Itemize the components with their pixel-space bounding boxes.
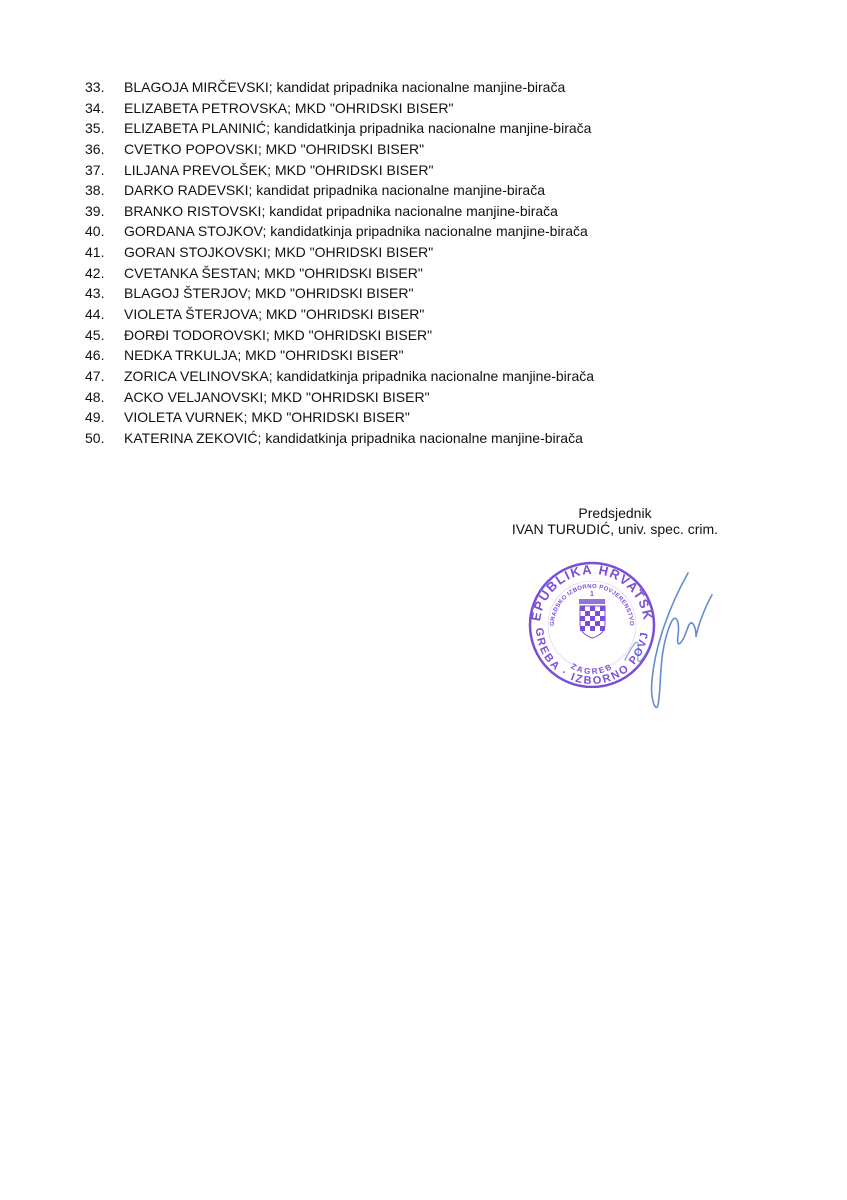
item-number: 47. bbox=[85, 366, 115, 387]
candidate-entry: BLAGOJA MIRČEVSKI; kandidat pripadnika n… bbox=[124, 77, 565, 98]
item-number: 48. bbox=[85, 387, 115, 408]
candidate-entry: CVETKO POPOVSKI; MKD "OHRIDSKI BISER" bbox=[124, 139, 424, 160]
candidate-entry: BLAGOJ ŠTERJOV; MKD "OHRIDSKI BISER" bbox=[124, 283, 413, 304]
item-number: 45. bbox=[85, 325, 115, 346]
item-number: 37. bbox=[85, 160, 115, 181]
candidate-entry: CVETANKA ŠESTAN; MKD "OHRIDSKI BISER" bbox=[124, 263, 423, 284]
signatory-role: Predsjednik bbox=[500, 505, 730, 521]
item-number: 46. bbox=[85, 345, 115, 366]
item-number: 44. bbox=[85, 304, 115, 325]
candidate-entry: NEDKA TRKULJA; MKD "OHRIDSKI BISER" bbox=[124, 345, 404, 366]
item-number: 40. bbox=[85, 221, 115, 242]
item-number: 36. bbox=[85, 139, 115, 160]
item-number: 38. bbox=[85, 180, 115, 201]
item-number: 50. bbox=[85, 428, 115, 449]
candidate-entry: GORAN STOJKOVSKI; MKD "OHRIDSKI BISER" bbox=[124, 242, 433, 263]
candidate-entry: VIOLETA VURNEK; MKD "OHRIDSKI BISER" bbox=[124, 407, 410, 428]
candidate-entry: ZORICA VELINOVSKA; kandidatkinja pripadn… bbox=[124, 366, 594, 387]
item-number: 39. bbox=[85, 201, 115, 222]
candidate-entry: BRANKO RISTOVSKI; kandidat pripadnika na… bbox=[124, 201, 558, 222]
candidate-entry: ELIZABETA PLANINIĆ; kandidatkinja pripad… bbox=[124, 118, 591, 139]
item-number: 35. bbox=[85, 118, 115, 139]
item-number: 43. bbox=[85, 283, 115, 304]
candidate-entry: KATERINA ZEKOVIĆ; kandidatkinja pripadni… bbox=[124, 428, 583, 449]
item-number: 49. bbox=[85, 407, 115, 428]
candidate-entry: VIOLETA ŠTERJOVA; MKD "OHRIDSKI BISER" bbox=[124, 304, 424, 325]
item-number: 34. bbox=[85, 98, 115, 119]
svg-text:1: 1 bbox=[590, 591, 594, 598]
signatory-name: IVAN TURUDIĆ, univ. spec. crim. bbox=[500, 521, 730, 537]
signature-block: Predsjednik IVAN TURUDIĆ, univ. spec. cr… bbox=[500, 505, 730, 537]
candidate-entry: ELIZABETA PETROVSKA; MKD "OHRIDSKI BISER… bbox=[124, 98, 453, 119]
item-number: 42. bbox=[85, 263, 115, 284]
candidate-entry: GORDANA STOJKOV; kandidatkinja pripadnik… bbox=[124, 221, 588, 242]
handwritten-signature-icon bbox=[600, 565, 730, 715]
candidate-entry: ĐORĐI TODOROVSKI; MKD "OHRIDSKI BISER" bbox=[124, 325, 432, 346]
candidate-entry: LILJANA PREVOLŠEK; MKD "OHRIDSKI BISER" bbox=[124, 160, 433, 181]
item-number: 41. bbox=[85, 242, 115, 263]
candidate-entry: DARKO RADEVSKI; kandidat pripadnika naci… bbox=[124, 180, 545, 201]
item-number: 33. bbox=[85, 77, 115, 98]
candidate-entry: ACKO VELJANOVSKI; MKD "OHRIDSKI BISER" bbox=[124, 387, 430, 408]
